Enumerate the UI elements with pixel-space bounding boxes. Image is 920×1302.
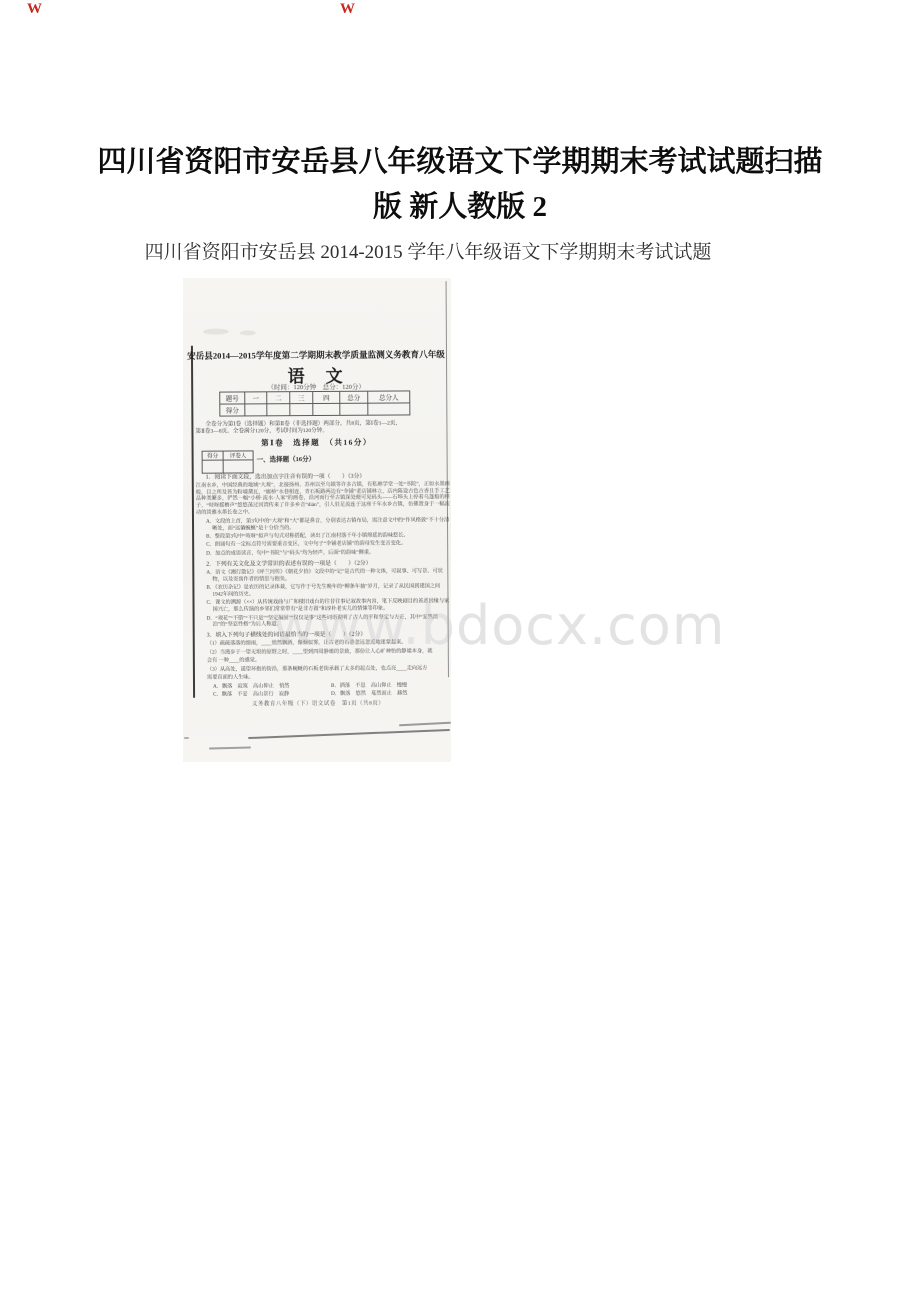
question-2-option: A．语文《湘行散记》《呼兰河传》《朝花夕拾》文段中的“记”是古代的一种文体，可叙… (196, 568, 450, 583)
question-1-option: A．文段的上首，第3句中的“大观”和“大”都是鼻音，分别表达古镇布局，需注意文中… (196, 517, 450, 532)
question-3-option: B．洒落 不息 高山仰止 慢慢 (331, 682, 441, 689)
watermark-text: www.bdocx.com (272, 594, 725, 657)
score-table-cell: 二 (267, 392, 290, 404)
question-3-option: D．飘落 悠然 戛然而止 赫然 (331, 690, 441, 697)
question-3-options-row: A．飘落 寂寞 高山仰止 悄然 B．洒落 不息 高山仰止 慢慢 (197, 682, 451, 690)
exam-header: 安岳县2014—2015学年度第二学期期末教学质量监测义务教育八年级 (182, 348, 450, 362)
grader-cell: 得分 (202, 451, 223, 460)
question-3-item: 会有 一种____的感觉。 (197, 656, 451, 664)
grader-cell: 评卷人 (223, 451, 253, 460)
table-row: 得分 评卷人 (202, 451, 253, 460)
score-table-cell: 总分人 (368, 391, 410, 403)
score-table: 题号 一 二 三 四 总分 总分人 得分 (219, 390, 410, 416)
question-1-passage: 江南水乡，中国经典的地域“大观”，北接扬州、苏州以至乌镇等许多古镇，有私塾学堂一… (196, 481, 450, 517)
score-table-cell: 三 (290, 392, 313, 404)
page-title: 四川省资阳市安岳县八年级语文下学期期末考试试题扫描版 新人教版 2 (90, 140, 830, 230)
scan-smudge (240, 330, 256, 335)
score-table-cell (245, 404, 267, 416)
question-3-option: A．飘落 寂寞 高山仰止 悄然 (213, 683, 331, 691)
score-table-cell (290, 404, 313, 416)
scan-smudge (203, 329, 229, 335)
page-subtitle: 四川省资阳市安岳县 2014-2015 学年八年级语文下学期期末考试试题 (0, 237, 888, 264)
table-row (202, 460, 253, 473)
scan-streak-artifact (184, 737, 189, 739)
score-table-cell: 一 (245, 392, 267, 404)
section-1-heading: 第Ⅰ卷 选择题 （共16分） (182, 436, 450, 449)
scan-left-border-line (191, 346, 195, 698)
word-doc-icon: W (340, 1, 355, 17)
score-table-cell: 总分 (340, 391, 368, 403)
exam-questions: 1．阅读下面文段，选出加点字注音有误的一项（ ）（3分） 江南水乡，中国经典的地… (196, 473, 451, 699)
exam-scan-content: 安岳县2014—2015学年度第二学期期末教学质量监测义务教育八年级 语 文 （… (182, 277, 453, 763)
score-table-cell: 四 (313, 391, 340, 403)
table-row: 得分 (220, 403, 410, 416)
score-table-cell: 题号 (220, 392, 245, 404)
score-table-cell (313, 403, 340, 415)
subsection-heading: 一、选择题（16分） (257, 454, 316, 463)
score-table-cell: 得分 (220, 404, 245, 416)
score-table-cell (368, 403, 410, 415)
question-1-option: C．朗诵句有一定标点符号需要重音变区，文中句子“伞铺老店铺”的韵母发生变音变化。 (196, 541, 450, 549)
exam-notice: 全卷分为第Ⅰ卷（选择题）和第Ⅱ卷（非选择题）两部分，共8页，第Ⅰ卷1—2页， 第… (195, 420, 447, 436)
question-3-item: （3）从高处，遥望环抱的街沿，那条蜿蜒的石板老街承载了太多的起点处，也点亮___… (197, 665, 451, 673)
question-2: 2．下列有关文化及文学常识的表述有误的一项是（ ）（2分） (196, 560, 450, 568)
question-1-option: B．整段第3句中“吱呀”拟声与句式对称搭配，读出了江南村落千年小镇绵延的韵味悠长… (196, 532, 450, 540)
score-table-cell (267, 404, 290, 416)
notice-line: 第Ⅱ卷3—8页。全卷满分120分，考试时间为120分钟。 (195, 428, 328, 435)
question-3-item: 需要直面的人生味。 (197, 673, 451, 681)
score-table-cell (340, 403, 368, 415)
grader-score-table: 得分 评卷人 (202, 450, 254, 473)
grader-cell (202, 460, 223, 473)
question-1-option: D．加点的成语读音，句中“书院”与“码头”均为轻声，后面“的韵味”侧重。 (196, 549, 450, 557)
word-doc-icon: W (27, 1, 42, 17)
question-3-option: C．飘落 不妥 高山景行 寂静 (213, 691, 331, 699)
exam-scan-image: 安岳县2014—2015学年度第二学期期末教学质量监测义务教育八年级 语 文 （… (183, 278, 451, 762)
exam-page-footer: 义务教育八年级（下）语文试卷 第1页（共8页） (184, 698, 452, 708)
grader-cell (223, 460, 253, 473)
